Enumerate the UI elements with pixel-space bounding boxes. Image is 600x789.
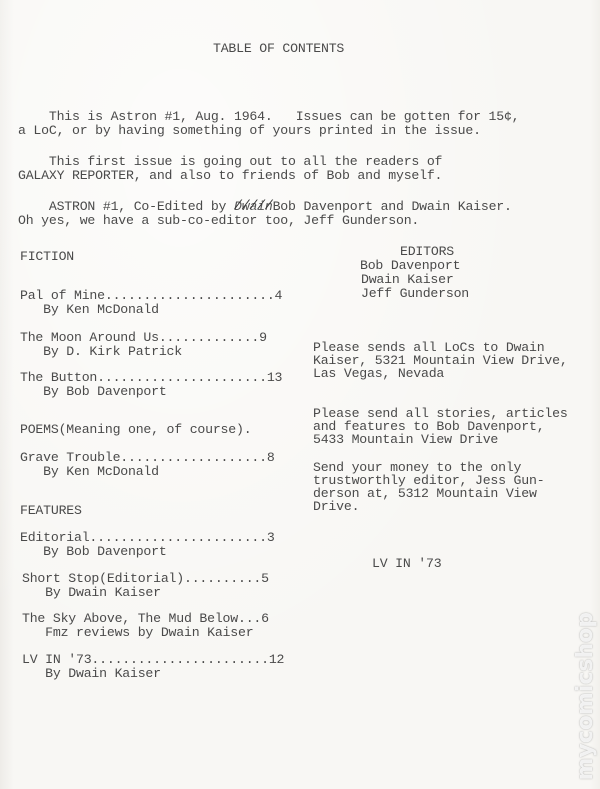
section-heading-fiction: FICTION <box>20 250 74 264</box>
toc-entry-byline: By Dwain Kaiser <box>22 667 161 681</box>
toc-entry-byline: By Bob Davenport <box>20 385 167 399</box>
slogan: LV IN '73 <box>372 557 441 571</box>
editor-name: Dwain Kaiser <box>361 273 454 287</box>
intro-para-1-line-1: This is Astron #1, Aug. 1964. Issues can… <box>18 110 519 124</box>
editor-name: Jeff Gunderson <box>361 287 469 301</box>
toc-entry-title: Editorial.......................3 <box>20 531 275 545</box>
toc-entry-byline: Fmz reviews by Dwain Kaiser <box>22 626 253 640</box>
typewritten-page: TABLE OF CONTENTS This is Astron #1, Aug… <box>0 0 600 789</box>
editors-heading: EDITORS <box>400 245 454 259</box>
toc-entry-byline: By Bob Davenport <box>20 545 167 559</box>
section-heading-poems: POEMS(Meaning one, of course). <box>20 423 251 437</box>
toc-entry-title: The Button......................13 <box>20 371 282 385</box>
notice-stories-line: 5433 Mountain View Drive <box>313 433 498 447</box>
section-heading-features: FEATURES <box>20 504 82 518</box>
toc-entry-byline: By D. Kirk Patrick <box>20 345 182 359</box>
notice-money-line: Drive. <box>313 500 359 514</box>
coedit-suffix: Bob Davenport and Dwain Kaiser. <box>273 199 512 214</box>
struck-out-text: D/w/a/i/n/ <box>234 199 273 214</box>
toc-entry-byline: By Dwain Kaiser <box>22 586 161 600</box>
toc-entry-byline: By Ken McDonald <box>20 465 159 479</box>
intro-para-2-line-2: GALAXY REPORTER, and also to friends of … <box>18 169 442 183</box>
page-title: TABLE OF CONTENTS <box>213 42 344 56</box>
notice-locs-line: Las Vegas, Nevada <box>313 367 444 381</box>
coedit-line-1: ASTRON #1, Co-Edited by D/w/a/i/n/Bob Da… <box>18 200 512 214</box>
intro-para-2-line-1: This first issue is going out to all the… <box>18 155 442 169</box>
toc-entry-byline: By Ken McDonald <box>20 303 159 317</box>
coedit-prefix: ASTRON #1, Co-Edited by <box>18 199 234 214</box>
toc-entry-title: LV IN '73.......................12 <box>22 653 284 667</box>
editor-name: Bob Davenport <box>360 259 460 273</box>
coedit-line-2: Oh yes, we have a sub-co-editor too, Jef… <box>18 214 419 228</box>
toc-entry-title: The Moon Around Us.............9 <box>20 331 267 345</box>
toc-entry-title: The Sky Above, The Mud Below...6 <box>22 612 269 626</box>
toc-entry-title: Short Stop(Editorial)..........5 <box>22 572 269 586</box>
toc-entry-title: Grave Trouble...................8 <box>20 451 275 465</box>
intro-para-1-line-2: a LoC, or by having something of yours p… <box>18 124 481 138</box>
watermark: mycomicshop <box>573 612 598 781</box>
toc-entry-title: Pal of Mine......................4 <box>20 289 282 303</box>
